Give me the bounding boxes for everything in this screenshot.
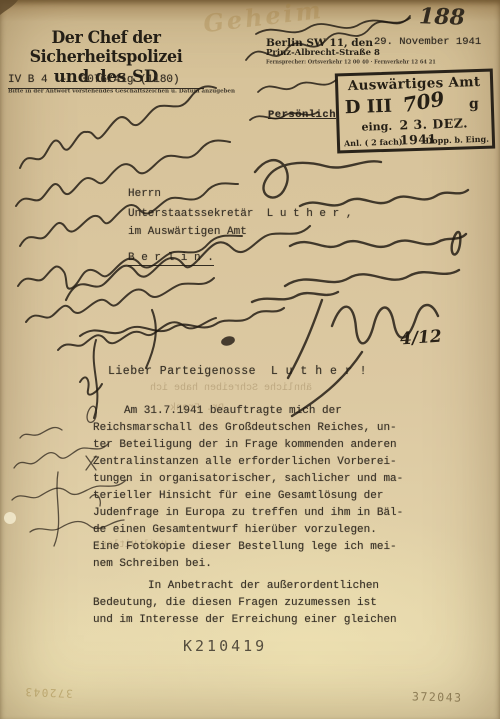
paper-flaw bbox=[4, 512, 16, 524]
handwritten-scrawl bbox=[0, 0, 500, 719]
scanned-letter-page: Geheim 188 Der Chef der Sicherheitspoliz… bbox=[0, 0, 500, 719]
